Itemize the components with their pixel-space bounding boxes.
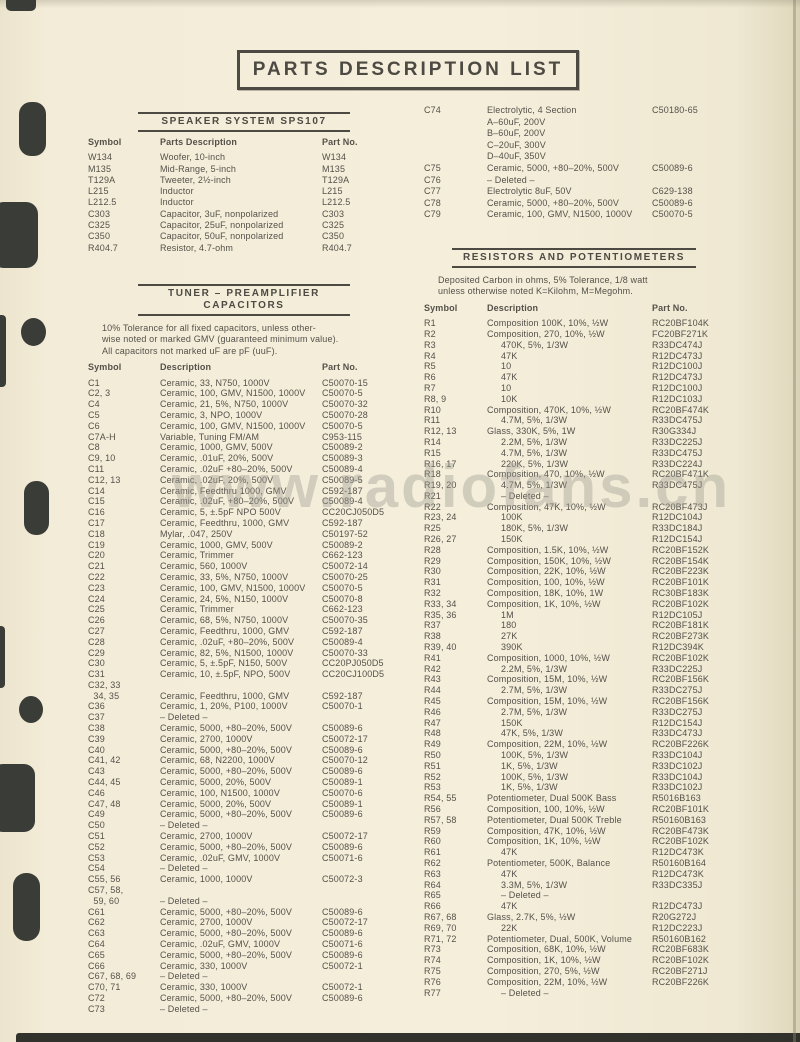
symbol-cell: R45	[424, 696, 487, 707]
table-row: C74Electrolytic, 4 Section A–60uF, 200V …	[424, 105, 792, 163]
capacitor-table-body: C1Ceramic, 33, N750, 1000VC50070-15C2, 3…	[88, 378, 404, 1015]
part-no-cell: C50070-12	[322, 755, 404, 766]
part-no-cell: C662-123	[322, 604, 404, 615]
table-row: R50100K, 5%, 1/3WR33DC104J	[424, 750, 792, 761]
symbol-cell: R60	[424, 836, 487, 847]
description-cell: 470K, 5%, 1/3W	[487, 340, 652, 351]
part-no-cell: R50160B162	[652, 934, 792, 945]
symbol-cell: R41	[424, 653, 487, 664]
table-row: R4847K, 5%, 1/3WR33DC473J	[424, 728, 792, 739]
table-row: R18Composition, 470, 10%, ½WRC20BF471K	[424, 469, 792, 480]
part-no-cell: C50070-15	[322, 378, 404, 389]
description-cell: Ceramic, Feedthru, 1000, GMV	[160, 680, 322, 702]
part-no-cell: R12DC473J	[652, 351, 792, 362]
description-cell: Ceramic, 3, NPO, 1000V	[160, 410, 322, 421]
part-no-cell: RC20BF102K	[652, 955, 792, 966]
description-cell: 1K, 5%, 1/3W	[487, 782, 652, 793]
part-no-cell	[652, 491, 792, 502]
part-no-cell: C50089-6	[322, 928, 404, 939]
symbol-cell: W134	[88, 152, 160, 163]
table-row: C49Ceramic, 5000, +80–20%, 500VC50089-6	[88, 809, 404, 820]
table-row: R54, 55Potentiometer, Dual 500K BassR501…	[424, 793, 792, 804]
part-no-cell	[322, 712, 404, 723]
table-row: C65Ceramic, 5000, +80–20%, 500VC50089-6	[88, 950, 404, 961]
symbol-cell: R49	[424, 739, 487, 750]
part-no-cell: R33DC104J	[652, 772, 792, 783]
symbol-cell: R11	[424, 415, 487, 426]
symbol-cell: R71, 72	[424, 934, 487, 945]
symbol-cell: C40	[88, 745, 160, 756]
symbol-cell: R48	[424, 728, 487, 739]
symbol-cell: R19, 20	[424, 480, 487, 491]
table-row: C40Ceramic, 5000, +80–20%, 500VC50089-6	[88, 745, 404, 756]
description-cell: 100K	[487, 512, 652, 523]
description-cell: Composition, 270, 10%, ½W	[487, 329, 652, 340]
table-row: C76– Deleted –	[424, 175, 792, 187]
description-cell: Electrolytic 8uF, 50V	[487, 186, 652, 198]
col-header-part-no: Part No.	[322, 362, 404, 373]
symbol-cell: C21	[88, 561, 160, 572]
col-header-part-no: Part No.	[652, 303, 792, 314]
part-no-cell	[652, 175, 792, 187]
table-row: C325Capacitor, 25uF, nonpolarizedC325	[88, 220, 404, 231]
description-cell: 47K	[487, 372, 652, 383]
description-cell: Ceramic, 2700, 1000V	[160, 831, 322, 842]
table-row: C31Ceramic, 10, ±.5pF, NPO, 500VCC20CJ10…	[88, 669, 404, 680]
part-no-cell: C592-187	[322, 680, 404, 702]
table-row: R47150KR12DC154J	[424, 718, 792, 729]
description-cell: 4.7M, 5%, 1/3W	[487, 480, 652, 491]
part-no-cell: R5016B163	[652, 793, 792, 804]
symbol-cell: R59	[424, 826, 487, 837]
description-cell: Ceramic, 100, N1500, 1000V	[160, 788, 322, 799]
part-no-cell: C50070-5	[322, 583, 404, 594]
symbol-cell: C55, 56	[88, 874, 160, 885]
part-no-cell: R33DC224J	[652, 459, 792, 470]
description-cell: 10K	[487, 394, 652, 405]
page-title: PARTS DESCRIPTION LIST	[253, 59, 564, 81]
binding-mark	[13, 873, 40, 941]
description-cell: – Deleted –	[160, 712, 322, 723]
part-no-cell: C50089-4	[322, 496, 404, 507]
table-row: R62Potentiometer, 500K, BalanceR50160B16…	[424, 858, 792, 869]
table-row: C17Ceramic, Feedthru, 1000, GMVC592-187	[88, 518, 404, 529]
speaker-section-title-text: SPEAKER SYSTEM SPS107	[161, 116, 326, 127]
symbol-cell: R43	[424, 674, 487, 685]
part-no-cell: C50070-6	[322, 788, 404, 799]
part-no-cell: RC20BF223K	[652, 566, 792, 577]
table-row: R49Composition, 22M, 10%, ½WRC20BF226K	[424, 739, 792, 750]
table-row: C44, 45Ceramic, 5000, 20%, 500VC50089-1	[88, 777, 404, 788]
description-cell: Ceramic, .02uF, GMV, 1000V	[160, 853, 322, 864]
symbol-cell: R44	[424, 685, 487, 696]
symbol-cell: C41, 42	[88, 755, 160, 766]
table-row: C53Ceramic, .02uF, GMV, 1000VC50071-6	[88, 853, 404, 864]
symbol-cell: R42	[424, 664, 487, 675]
table-row: R510R12DC100J	[424, 361, 792, 372]
description-cell: 47K	[487, 847, 652, 858]
part-no-cell: R33DC225J	[652, 664, 792, 675]
description-cell: Ceramic, 33, 5%, N750, 1000V	[160, 572, 322, 583]
scan-edge-bottom	[16, 1033, 800, 1042]
symbol-cell: C54	[88, 863, 160, 874]
table-row: R59Composition, 47K, 10%, ½WRC20BF473K	[424, 826, 792, 837]
part-no-cell: M135	[322, 164, 404, 175]
symbol-cell: C8	[88, 442, 160, 453]
description-cell: Ceramic, 5000, +80–20%, 500V	[160, 745, 322, 756]
table-row: C38Ceramic, 5000, +80–20%, 500VC50089-6	[88, 723, 404, 734]
symbol-cell: R28	[424, 545, 487, 556]
part-no-cell: RC20BF101K	[652, 577, 792, 588]
description-cell: Composition, 100, 10%, ½W	[487, 577, 652, 588]
punch-hole	[19, 696, 43, 723]
binding-mark	[19, 102, 46, 156]
table-row: R404.7Resistor, 4.7-ohmR404.7	[88, 243, 404, 254]
part-no-cell: C50089-6	[322, 993, 404, 1004]
part-no-cell: C50089-6	[322, 723, 404, 734]
description-cell: Ceramic, 1000, 1000V	[160, 874, 322, 885]
part-no-cell	[322, 885, 404, 907]
description-cell: Composition, 1K, 10%, ½W	[487, 836, 652, 847]
table-row: C16Ceramic, 5, ±.5pF NPO 500VCC20CJ050D5	[88, 507, 404, 518]
part-no-cell: RC20BF181K	[652, 620, 792, 631]
symbol-cell: C2, 3	[88, 388, 160, 399]
part-no-cell	[322, 820, 404, 831]
table-row: R74Composition, 1K, 10%, ½WRC20BF102K	[424, 955, 792, 966]
part-no-cell: R12DC103J	[652, 394, 792, 405]
symbol-cell: C70, 71	[88, 982, 160, 993]
description-cell: – Deleted –	[160, 863, 322, 874]
description-cell: 47K, 5%, 1/3W	[487, 728, 652, 739]
part-no-cell: R33DC102J	[652, 782, 792, 793]
part-no-cell: C50070-8	[322, 594, 404, 605]
table-row: C2, 3Ceramic, 100, GMV, N1500, 1000VC500…	[88, 388, 404, 399]
part-no-cell: R50160B163	[652, 815, 792, 826]
description-cell: Capacitor, 25uF, nonpolarized	[160, 220, 322, 231]
part-no-cell: C50089-6	[322, 842, 404, 853]
symbol-cell: R74	[424, 955, 487, 966]
part-no-cell: R12DC154J	[652, 534, 792, 545]
table-row: R3470K, 5%, 1/3WR33DC474J	[424, 340, 792, 351]
table-row: R647KR12DC473J	[424, 372, 792, 383]
capacitor-section-title: TUNER – PREAMPLIFIER CAPACITORS	[138, 284, 350, 316]
description-cell: 2.2M, 5%, 1/3W	[487, 664, 652, 675]
symbol-cell: C23	[88, 583, 160, 594]
symbol-cell: R51	[424, 761, 487, 772]
part-no-cell: C50071-6	[322, 853, 404, 864]
capacitor-table-header: Symbol Description Part No.	[88, 362, 404, 373]
description-cell: Ceramic, 5, ±.5pF NPO 500V	[160, 507, 322, 518]
symbol-cell: R69, 70	[424, 923, 487, 934]
part-no-cell: R33DC475J	[652, 415, 792, 426]
part-no-cell: R30G334J	[652, 426, 792, 437]
table-row: C14Ceramic, Feedthru 1000, GMVC592-187	[88, 486, 404, 497]
description-cell: 180K, 5%, 1/3W	[487, 523, 652, 534]
table-row: W134Woofer, 10-inchW134	[88, 152, 404, 163]
table-row: C20Ceramic, TrimmerC662-123	[88, 550, 404, 561]
description-cell: Ceramic, 5000, +80–20%, 500V	[487, 163, 652, 175]
symbol-cell: C350	[88, 231, 160, 242]
part-no-cell: C50072-1	[322, 982, 404, 993]
col-header-symbol: Symbol	[424, 303, 487, 314]
table-row: L212.5InductorL212.5	[88, 197, 404, 208]
table-row: R643.3M, 5%, 1/3WR33DC335J	[424, 880, 792, 891]
symbol-cell: R30	[424, 566, 487, 577]
part-no-cell: RC20BF474K	[652, 405, 792, 416]
table-row: C5Ceramic, 3, NPO, 1000VC50070-28	[88, 410, 404, 421]
symbol-cell: C47, 48	[88, 799, 160, 810]
binding-mark	[0, 626, 5, 688]
table-row: C57, 58, 59, 60 – Deleted –	[88, 885, 404, 907]
description-cell: Ceramic, 560, 1000V	[160, 561, 322, 572]
symbol-cell: C12, 13	[88, 475, 160, 486]
table-row: R114.7M, 5%, 1/3WR33DC475J	[424, 415, 792, 426]
symbol-cell: C44, 45	[88, 777, 160, 788]
part-no-cell: C50089-6	[322, 907, 404, 918]
part-no-cell: R404.7	[322, 243, 404, 254]
table-row: R31Composition, 100, 10%, ½WRC20BF101K	[424, 577, 792, 588]
table-row: C8Ceramic, 1000, GMV, 500VC50089-2	[88, 442, 404, 453]
table-row: R29Composition, 150K, 10%, ½WRC20BF154K	[424, 556, 792, 567]
table-row: C36Ceramic, 1, 20%, P100, 1000VC50070-1	[88, 701, 404, 712]
table-row: R52100K, 5%, 1/3WR33DC104J	[424, 772, 792, 783]
description-cell: 2.7M, 5%, 1/3W	[487, 707, 652, 718]
table-row: R45Composition, 15M, 10%, ½WRC20BF156K	[424, 696, 792, 707]
symbol-cell: R39, 40	[424, 642, 487, 653]
symbol-cell: C303	[88, 209, 160, 220]
part-no-cell: R12DC394K	[652, 642, 792, 653]
part-no-cell: C50070-32	[322, 399, 404, 410]
table-row: R462.7M, 5%, 1/3WR33DC275J	[424, 707, 792, 718]
description-cell: Ceramic, .01uF, 20%, 500V	[160, 453, 322, 464]
part-no-cell: C50070-5	[322, 388, 404, 399]
table-row: R710R12DC100J	[424, 383, 792, 394]
part-no-cell: RC20BF152K	[652, 545, 792, 556]
description-cell: 47K	[487, 869, 652, 880]
symbol-cell: C22	[88, 572, 160, 583]
table-row: R6347KR12DC473K	[424, 869, 792, 880]
part-no-cell: C50089-6	[322, 809, 404, 820]
table-row: C61Ceramic, 5000, +80–20%, 500VC50089-6	[88, 907, 404, 918]
part-no-cell: C50070-25	[322, 572, 404, 583]
part-no-cell: C50072-17	[322, 917, 404, 928]
table-row: C25Ceramic, TrimmerC662-123	[88, 604, 404, 615]
description-cell: 22K	[487, 923, 652, 934]
symbol-cell: R52	[424, 772, 487, 783]
description-cell: Resistor, 4.7-ohm	[160, 243, 322, 254]
description-cell: Ceramic, 100, GMV, N1500, 1000V	[160, 583, 322, 594]
description-cell: Ceramic, .02uF +80–20%, 500V	[160, 464, 322, 475]
table-row: R28Composition, 1.5K, 10%, ½WRC20BF152K	[424, 545, 792, 556]
part-no-cell: C50071-6	[322, 939, 404, 950]
part-no-cell: C50089-2	[322, 540, 404, 551]
description-cell: Ceramic, 2700, 1000V	[160, 917, 322, 928]
symbol-cell: R404.7	[88, 243, 160, 254]
description-cell: Composition, 22M, 10%, ½W	[487, 977, 652, 988]
part-no-cell: R33DC475J	[652, 448, 792, 459]
description-cell: – Deleted –	[160, 971, 322, 982]
table-row: M135Mid-Range, 5-inchM135	[88, 164, 404, 175]
part-no-cell: R12DC473J	[652, 901, 792, 912]
symbol-cell: R35, 36	[424, 610, 487, 621]
table-row: C1Ceramic, 33, N750, 1000VC50070-15	[88, 378, 404, 389]
resistor-tolerance-note: Deposited Carbon in ohms, 5% Tolerance, …	[438, 275, 792, 298]
description-cell: Ceramic, Trimmer	[160, 604, 322, 615]
description-cell: Capacitor, 50uF, nonpolarized	[160, 231, 322, 242]
description-cell: Ceramic, .02uF, +80–20%, 500V	[160, 637, 322, 648]
part-no-cell: R12DC473K	[652, 847, 792, 858]
description-cell: – Deleted –	[160, 820, 322, 831]
speaker-table-body: W134Woofer, 10-inchW134M135Mid-Range, 5-…	[88, 152, 404, 254]
description-cell: Ceramic, 5000, +80–20%, 500V	[160, 950, 322, 961]
symbol-cell: R76	[424, 977, 487, 988]
part-no-cell: C50072-14	[322, 561, 404, 572]
description-cell: Electrolytic, 4 Section A–60uF, 200V B–6…	[487, 105, 652, 163]
table-row: C70, 71Ceramic, 330, 1000VC50072-1	[88, 982, 404, 993]
symbol-cell: R25	[424, 523, 487, 534]
part-no-cell: C303	[322, 209, 404, 220]
description-cell: Ceramic, 68, 5%, N750, 1000V	[160, 615, 322, 626]
resistor-section-title: RESISTORS AND POTENTIOMETERS	[452, 248, 696, 268]
table-row: C15Ceramic, .02uF, +80–20%, 500VC50089-4	[88, 496, 404, 507]
symbol-cell: C77	[424, 186, 487, 198]
part-no-cell: C50197-52	[322, 529, 404, 540]
table-row: T129ATweeter, 2½-inchT129A	[88, 175, 404, 186]
table-row: L215InductorL215	[88, 186, 404, 197]
part-no-cell: R33DC275J	[652, 707, 792, 718]
table-row: R60Composition, 1K, 10%, ½WRC20BF102K	[424, 836, 792, 847]
symbol-cell: R47	[424, 718, 487, 729]
description-cell: Inductor	[160, 197, 322, 208]
table-row: C63Ceramic, 5000, +80–20%, 500VC50089-6	[88, 928, 404, 939]
description-cell: 150K	[487, 718, 652, 729]
description-cell: Ceramic, .02uF, GMV, 1000V	[160, 939, 322, 950]
table-row: R23, 24100KR12DC104J	[424, 512, 792, 523]
part-no-cell: C50089-5	[322, 475, 404, 486]
part-no-cell: L215	[322, 186, 404, 197]
description-cell: Ceramic, .02uF, +80–20%, 500V	[160, 496, 322, 507]
part-no-cell: C629-138	[652, 186, 792, 198]
description-cell: Ceramic, 100, GMV, N1500, 1000V	[160, 421, 322, 432]
description-cell: Ceramic, Feedthru 1000, GMV	[160, 486, 322, 497]
capacitor-section-title-line1: TUNER – PREAMPLIFIER	[168, 288, 320, 299]
table-row: R65– Deleted –	[424, 890, 792, 901]
table-row: R1Composition 100K, 10%, ½WRC20BF104K	[424, 318, 792, 329]
description-cell: 47K	[487, 351, 652, 362]
table-row: R30Composition, 22K, 10%, ½WRC20BF223K	[424, 566, 792, 577]
table-row: C4Ceramic, 21, 5%, N750, 1000VC50070-32	[88, 399, 404, 410]
part-no-cell: RC20BF271J	[652, 966, 792, 977]
symbol-cell: R38	[424, 631, 487, 642]
symbol-cell: R8, 9	[424, 394, 487, 405]
table-row: R422.2M, 5%, 1/3WR33DC225J	[424, 664, 792, 675]
description-cell: Ceramic, 5000, 20%, 500V	[160, 777, 322, 788]
description-cell: Composition, 1.5K, 10%, ½W	[487, 545, 652, 556]
part-no-cell: RC20BF683K	[652, 944, 792, 955]
table-row: R19, 204.7M, 5%, 1/3WR33DC475J	[424, 480, 792, 491]
part-no-cell: C592-187	[322, 518, 404, 529]
description-cell: 4.7M, 5%, 1/3W	[487, 448, 652, 459]
symbol-cell: R67, 68	[424, 912, 487, 923]
symbol-cell: C1	[88, 378, 160, 389]
table-row: C9, 10Ceramic, .01uF, 20%, 500VC50089-3	[88, 453, 404, 464]
description-cell: 150K	[487, 534, 652, 545]
col-header-description: Description	[487, 303, 652, 314]
description-cell: Composition 100K, 10%, ½W	[487, 318, 652, 329]
description-cell: Ceramic, 5000, +80–20%, 500V	[160, 993, 322, 1004]
table-row: C26Ceramic, 68, 5%, N750, 1000VC50070-35	[88, 615, 404, 626]
table-row: C75Ceramic, 5000, +80–20%, 500VC50089-6	[424, 163, 792, 175]
description-cell: Composition, 1K, 10%, ½W	[487, 955, 652, 966]
symbol-cell: R32	[424, 588, 487, 599]
part-no-cell: C50072-1	[322, 961, 404, 972]
description-cell: Composition, 15M, 10%, ½W	[487, 674, 652, 685]
symbol-cell: C67, 68, 69	[88, 971, 160, 982]
description-cell: Ceramic, 1, 20%, P100, 1000V	[160, 701, 322, 712]
table-row: R22Composition, 47K, 10%, ½WRC20BF473J	[424, 502, 792, 513]
part-no-cell: C50070-35	[322, 615, 404, 626]
description-cell: Ceramic, 82, 5%, N1500, 1000V	[160, 648, 322, 659]
description-cell: Ceramic, 5000, +80–20%, 500V	[487, 198, 652, 210]
description-cell: Ceramic, 68, N2200, 1000V	[160, 755, 322, 766]
part-no-cell: C50089-6	[322, 950, 404, 961]
table-row: C52Ceramic, 5000, +80–20%, 500VC50089-6	[88, 842, 404, 853]
part-no-cell: CC20PJ050D5	[322, 658, 404, 669]
description-cell: Ceramic, 330, 1000V	[160, 982, 322, 993]
part-no-cell: R12DC223J	[652, 923, 792, 934]
symbol-cell: R29	[424, 556, 487, 567]
symbol-cell: R22	[424, 502, 487, 513]
part-no-cell: C592-187	[322, 486, 404, 497]
symbol-cell: C79	[424, 209, 487, 221]
table-row: C6Ceramic, 100, GMV, N1500, 1000VC50070-…	[88, 421, 404, 432]
part-no-cell: R33DC184J	[652, 523, 792, 534]
description-cell: 3.3M, 5%, 1/3W	[487, 880, 652, 891]
symbol-cell: C19	[88, 540, 160, 551]
description-cell: Composition, 470, 10%, ½W	[487, 469, 652, 480]
description-cell: Ceramic, 5000, +80–20%, 500V	[160, 842, 322, 853]
part-no-cell: R33DC474J	[652, 340, 792, 351]
symbol-cell: C325	[88, 220, 160, 231]
symbol-cell: C72	[88, 993, 160, 1004]
symbol-cell: R4	[424, 351, 487, 362]
description-cell: Ceramic, 5000, +80–20%, 500V	[160, 766, 322, 777]
symbol-cell: C26	[88, 615, 160, 626]
resistor-table-header: Symbol Description Part No.	[424, 303, 792, 314]
part-no-cell: C50089-2	[322, 442, 404, 453]
symbol-cell: C4	[88, 399, 160, 410]
part-no-cell	[652, 890, 792, 901]
symbol-cell: C14	[88, 486, 160, 497]
description-cell: Variable, Tuning FM/AM	[160, 432, 322, 443]
table-row: C72Ceramic, 5000, +80–20%, 500VC50089-6	[88, 993, 404, 1004]
symbol-cell: R6	[424, 372, 487, 383]
table-row: C350Capacitor, 50uF, nonpolarizedC350	[88, 231, 404, 242]
table-row: R73Composition, 68K, 10%, ½WRC20BF683K	[424, 944, 792, 955]
part-no-cell: RC20BF471K	[652, 469, 792, 480]
table-row: R33, 34Composition, 1K, 10%, ½WRC20BF102…	[424, 599, 792, 610]
description-cell: 180	[487, 620, 652, 631]
part-no-cell: C50070-28	[322, 410, 404, 421]
table-row: C32, 33 34, 35 Ceramic, Feedthru, 1000, …	[88, 680, 404, 702]
table-row: C22Ceramic, 33, 5%, N750, 1000VC50070-25	[88, 572, 404, 583]
symbol-cell: T129A	[88, 175, 160, 186]
table-row: R3827KRC20BF273K	[424, 631, 792, 642]
description-cell: Composition, 150K, 10%, ½W	[487, 556, 652, 567]
symbol-cell: R10	[424, 405, 487, 416]
table-row: C46Ceramic, 100, N1500, 1000VC50070-6	[88, 788, 404, 799]
symbol-cell: C17	[88, 518, 160, 529]
